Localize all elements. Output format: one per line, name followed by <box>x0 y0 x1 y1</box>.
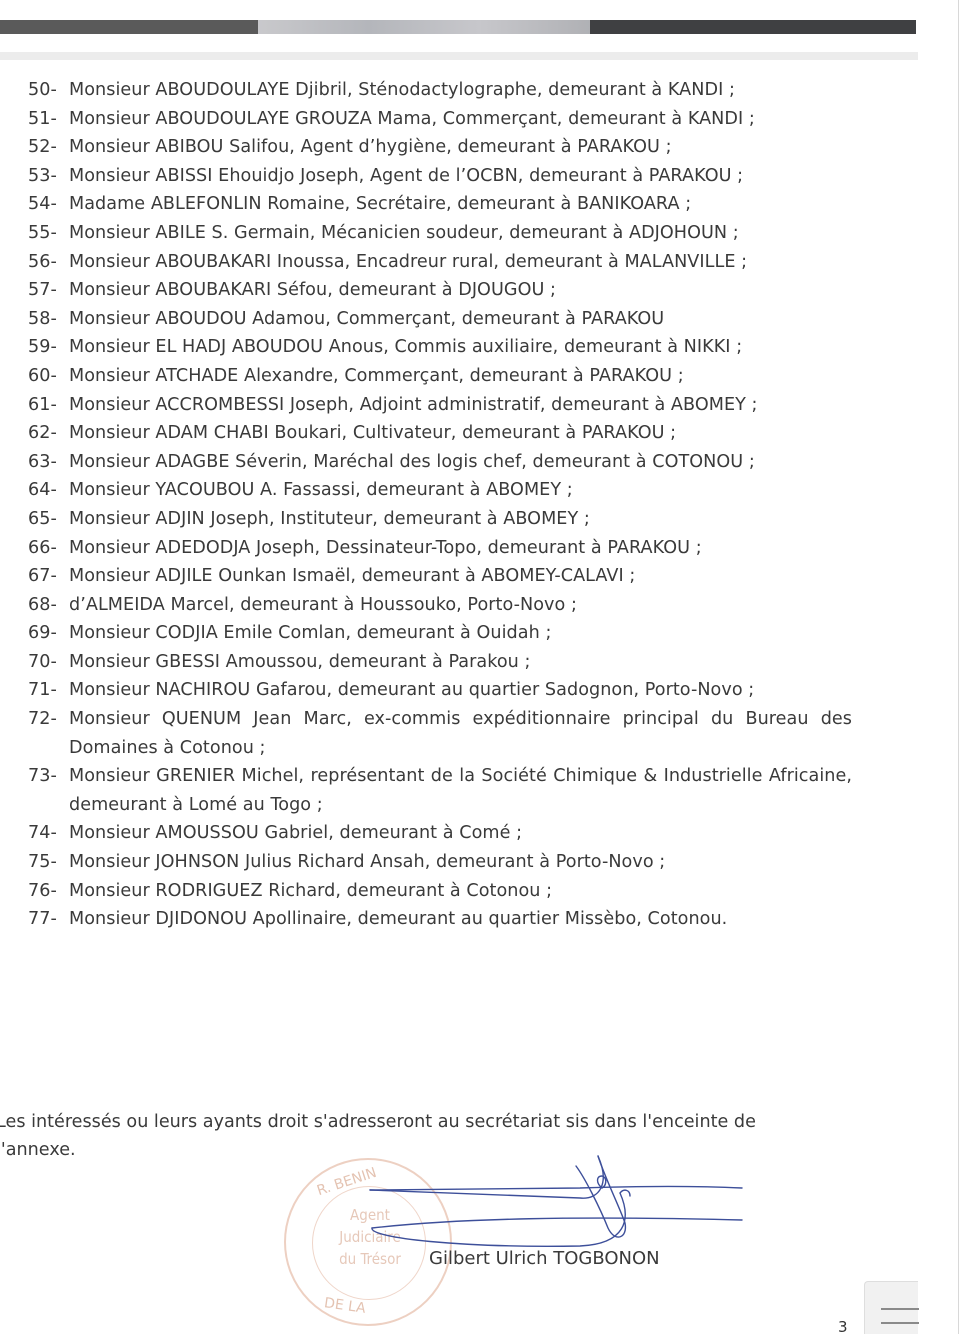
item-number: 52- <box>28 133 69 162</box>
signature-block: R. BENIN Agent Judiciaire du Trésor DE L… <box>280 1148 760 1334</box>
signer-name: Gilbert Ulrich TOGBONON <box>429 1248 660 1269</box>
list-item: 74-Monsieur AMOUSSOU Gabriel, demeurant … <box>28 819 852 848</box>
item-number: 69- <box>28 619 69 648</box>
item-text: Monsieur ABOUDOULAYE Djibril, Sténodacty… <box>69 76 852 105</box>
item-text: Monsieur ABOUDOU Adamou, Commerçant, dem… <box>69 305 852 334</box>
item-text: Monsieur AMOUSSOU Gabriel, demeurant à C… <box>69 819 852 848</box>
item-text: Monsieur ADJILE Ounkan Ismaël, demeurant… <box>69 562 852 591</box>
item-text: Monsieur JOHNSON Julius Richard Ansah, d… <box>69 848 852 877</box>
list-item: 68-d’ALMEIDA Marcel, demeurant à Houssou… <box>28 591 852 620</box>
item-number: 76- <box>28 877 69 906</box>
handwritten-signature-icon <box>280 1148 760 1334</box>
item-number: 73- <box>28 762 69 819</box>
page-separator <box>0 52 918 60</box>
list-item: 58-Monsieur ABOUDOU Adamou, Commerçant, … <box>28 305 852 334</box>
list-item: 70-Monsieur GBESSI Amoussou, demeurant à… <box>28 648 852 677</box>
list-item: 71-Monsieur NACHIROU Gafarou, demeurant … <box>28 676 852 705</box>
item-number: 61- <box>28 391 69 420</box>
closing-paragraph-line: Les intéressés ou leurs ayants droit s'a… <box>0 1108 860 1136</box>
list-item: 54-Madame ABLEFONLIN Romaine, Secrétaire… <box>28 190 852 219</box>
item-number: 59- <box>28 333 69 362</box>
list-item: 53-Monsieur ABISSI Ehouidjo Joseph, Agen… <box>28 162 852 191</box>
list-item: 65-Monsieur ADJIN Joseph, Instituteur, d… <box>28 505 852 534</box>
page-scroll-button[interactable] <box>864 1281 918 1334</box>
item-text: Monsieur YACOUBOU A. Fassassi, demeurant… <box>69 476 852 505</box>
item-number: 66- <box>28 534 69 563</box>
item-text: Monsieur ACCROMBESSI Joseph, Adjoint adm… <box>69 391 852 420</box>
item-number: 55- <box>28 219 69 248</box>
item-number: 70- <box>28 648 69 677</box>
item-text: Monsieur DJIDONOU Apollinaire, demeurant… <box>69 905 852 934</box>
list-item: 63-Monsieur ADAGBE Séverin, Maréchal des… <box>28 448 852 477</box>
list-item: 62-Monsieur ADAM CHABI Boukari, Cultivat… <box>28 419 852 448</box>
item-number: 77- <box>28 905 69 934</box>
list-item: 72-Monsieur QUENUM Jean Marc, ex-commis … <box>28 705 852 762</box>
item-number: 56- <box>28 248 69 277</box>
item-text: Monsieur ATCHADE Alexandre, Commerçant, … <box>69 362 852 391</box>
item-number: 68- <box>28 591 69 620</box>
item-number: 75- <box>28 848 69 877</box>
list-item: 57-Monsieur ABOUBAKARI Séfou, demeurant … <box>28 276 852 305</box>
item-text: Monsieur ABILE S. Germain, Mécanicien so… <box>69 219 852 248</box>
list-item: 67-Monsieur ADJILE Ounkan Ismaël, demeur… <box>28 562 852 591</box>
item-text: Monsieur RODRIGUEZ Richard, demeurant à … <box>69 877 852 906</box>
item-text: Monsieur ABOUBAKARI Inoussa, Encadreur r… <box>69 248 852 277</box>
document-header-bar <box>0 20 916 34</box>
item-number: 51- <box>28 105 69 134</box>
item-number: 74- <box>28 819 69 848</box>
header-bar-segment <box>0 20 258 34</box>
item-number: 65- <box>28 505 69 534</box>
item-number: 63- <box>28 448 69 477</box>
beneficiary-list: 50-Monsieur ABOUDOULAYE Djibril, Sténoda… <box>28 76 852 934</box>
list-item: 51-Monsieur ABOUDOULAYE GROUZA Mama, Com… <box>28 105 852 134</box>
list-item: 52-Monsieur ABIBOU Salifou, Agent d’hygi… <box>28 133 852 162</box>
item-text: Monsieur ABOUDOULAYE GROUZA Mama, Commer… <box>69 105 852 134</box>
item-text: d’ALMEIDA Marcel, demeurant à Houssouko,… <box>69 591 852 620</box>
item-text: Monsieur EL HADJ ABOUDOU Anous, Commis a… <box>69 333 852 362</box>
item-text: Monsieur ABISSI Ehouidjo Joseph, Agent d… <box>69 162 852 191</box>
list-item: 69-Monsieur CODJIA Emile Comlan, demeura… <box>28 619 852 648</box>
list-item: 59-Monsieur EL HADJ ABOUDOU Anous, Commi… <box>28 333 852 362</box>
list-item: 60-Monsieur ATCHADE Alexandre, Commerçan… <box>28 362 852 391</box>
list-item: 66-Monsieur ADEDODJA Joseph, Dessinateur… <box>28 534 852 563</box>
item-text: Monsieur GBESSI Amoussou, demeurant à Pa… <box>69 648 852 677</box>
page-edge <box>958 0 959 1334</box>
list-item: 76-Monsieur RODRIGUEZ Richard, demeurant… <box>28 877 852 906</box>
item-number: 53- <box>28 162 69 191</box>
item-number: 67- <box>28 562 69 591</box>
item-text: Monsieur CODJIA Emile Comlan, demeurant … <box>69 619 852 648</box>
list-item: 64-Monsieur YACOUBOU A. Fassassi, demeur… <box>28 476 852 505</box>
item-number: 64- <box>28 476 69 505</box>
item-number: 58- <box>28 305 69 334</box>
item-text: Monsieur ADJIN Joseph, Instituteur, deme… <box>69 505 852 534</box>
item-text: Monsieur ADEDODJA Joseph, Dessinateur-To… <box>69 534 852 563</box>
list-item: 77-Monsieur DJIDONOU Apollinaire, demeur… <box>28 905 852 934</box>
item-text: Madame ABLEFONLIN Romaine, Secrétaire, d… <box>69 190 852 219</box>
item-text: Monsieur QUENUM Jean Marc, ex-commis exp… <box>69 705 852 762</box>
item-text: Monsieur ABIBOU Salifou, Agent d’hygiène… <box>69 133 852 162</box>
item-number: 62- <box>28 419 69 448</box>
item-number: 57- <box>28 276 69 305</box>
list-item: 50-Monsieur ABOUDOULAYE Djibril, Sténoda… <box>28 76 852 105</box>
list-item: 75-Monsieur JOHNSON Julius Richard Ansah… <box>28 848 852 877</box>
item-text: Monsieur ADAGBE Séverin, Maréchal des lo… <box>69 448 852 477</box>
list-item: 73-Monsieur GRENIER Michel, représentant… <box>28 762 852 819</box>
item-text: Monsieur ADAM CHABI Boukari, Cultivateur… <box>69 419 852 448</box>
item-number: 50- <box>28 76 69 105</box>
item-text: Monsieur GRENIER Michel, représentant de… <box>69 762 852 819</box>
item-number: 71- <box>28 676 69 705</box>
item-text: Monsieur NACHIROU Gafarou, demeurant au … <box>69 676 852 705</box>
header-bar-segment <box>590 20 916 34</box>
item-number: 60- <box>28 362 69 391</box>
header-bar-segment <box>258 20 590 34</box>
item-text: Monsieur ABOUBAKARI Séfou, demeurant à D… <box>69 276 852 305</box>
list-item: 61-Monsieur ACCROMBESSI Joseph, Adjoint … <box>28 391 852 420</box>
list-item: 56-Monsieur ABOUBAKARI Inoussa, Encadreu… <box>28 248 852 277</box>
list-item: 55-Monsieur ABILE S. Germain, Mécanicien… <box>28 219 852 248</box>
item-number: 54- <box>28 190 69 219</box>
item-number: 72- <box>28 705 69 762</box>
page-number: 3 <box>838 1318 848 1334</box>
